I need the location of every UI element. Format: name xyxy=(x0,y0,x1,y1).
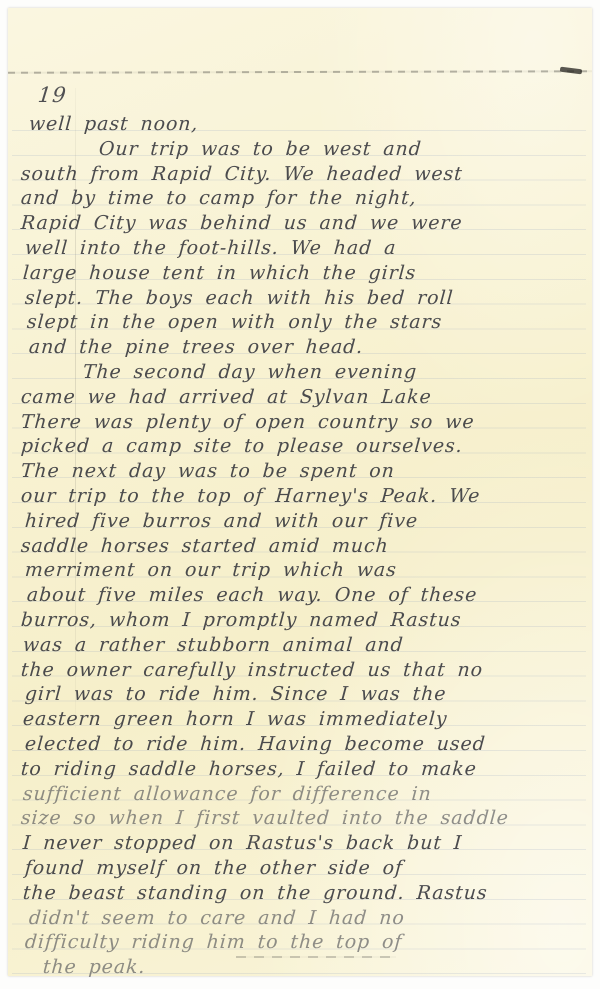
handwritten-line: size so when I first vaulted into the sa… xyxy=(20,806,590,831)
handwritten-line: sufficient allowance for difference in xyxy=(20,782,590,807)
handwritten-line: hired five burros and with our five xyxy=(20,509,590,534)
handwritten-line: about five miles each way. One of these xyxy=(20,583,590,608)
horizontal-crease xyxy=(8,70,592,74)
handwritten-line: burros, whom I promptly named Rastus xyxy=(20,608,590,633)
handwritten-line: large house tent in which the girls xyxy=(20,261,590,286)
crease-dark-mark xyxy=(560,67,582,75)
handwriting-lines: well past noon,Our trip was to be west a… xyxy=(20,112,588,980)
handwritten-line: to riding saddle horses, I failed to mak… xyxy=(20,757,590,782)
handwritten-line: the owner carefully instructed us that n… xyxy=(20,658,590,683)
handwritten-line: saddle horses started amid much xyxy=(20,534,590,559)
handwritten-line: eastern green horn I was immediately xyxy=(20,707,590,732)
handwritten-line: Our trip was to be west and xyxy=(20,137,590,162)
handwritten-line: There was plenty of open country so we xyxy=(20,410,590,435)
handwritten-line: picked a camp site to please ourselves. xyxy=(20,434,590,459)
handwritten-line: slept. The boys each with his bed roll xyxy=(20,286,590,311)
handwritten-line: our trip to the top of Harney's Peak. We xyxy=(20,484,590,509)
handwritten-line: south from Rapid City. We headed west xyxy=(20,162,590,187)
handwritten-line: merriment on our trip which was xyxy=(20,558,590,583)
page-number: 19 xyxy=(37,84,68,106)
scan-background: 19 well past noon,Our trip was to be wes… xyxy=(0,0,600,989)
handwritten-page: 19 well past noon,Our trip was to be wes… xyxy=(8,8,592,976)
handwritten-line: the peak. xyxy=(20,955,590,980)
handwritten-line: difficulty riding him to the top of xyxy=(20,930,590,955)
handwritten-line: well into the foot-hills. We had a xyxy=(20,236,590,261)
handwritten-line: I never stopped on Rastus's back but I xyxy=(20,831,590,856)
handwritten-line: well past noon, xyxy=(20,112,590,137)
handwritten-line: and by time to camp for the night, xyxy=(20,186,590,211)
handwritten-line: girl was to ride him. Since I was the xyxy=(20,682,590,707)
handwritten-line: the beast standing on the ground. Rastus xyxy=(20,881,590,906)
handwritten-line: and the pine trees over head. xyxy=(20,335,590,360)
handwritten-line: didn't seem to care and I had no xyxy=(20,906,590,931)
handwritten-line: elected to ride him. Having become used xyxy=(20,732,590,757)
handwritten-line: Rapid City was behind us and we were xyxy=(20,211,590,236)
handwritten-line: The next day was to be spent on xyxy=(20,459,590,484)
handwritten-line: found myself on the other side of xyxy=(20,856,590,881)
handwritten-line: was a rather stubborn animal and xyxy=(20,633,590,658)
handwritten-line: slept in the open with only the stars xyxy=(20,310,590,335)
handwritten-line: came we had arrived at Sylvan Lake xyxy=(20,385,590,410)
handwritten-line: The second day when evening xyxy=(20,360,590,385)
